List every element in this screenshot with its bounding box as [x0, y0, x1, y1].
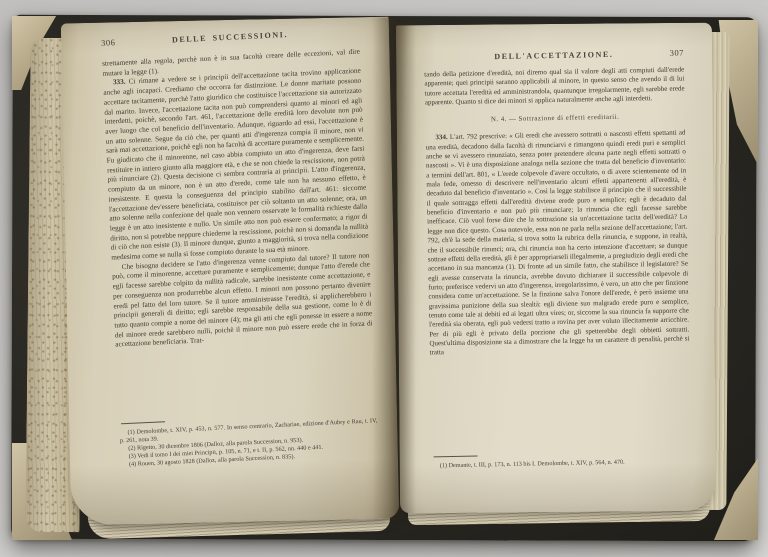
paragraph-text: Che bisogna decidere se l'atto d'ingeren…	[112, 251, 373, 349]
paragraph-continuation: tando della petizione d'eredità, noi dir…	[424, 66, 685, 108]
running-header-right: DELL'ACCETTAZIONE.	[454, 49, 654, 62]
photo-backdrop: 306 DELLE SUCCESSIONI. strettamente alla…	[0, 0, 768, 557]
paragraph-text: L'art. 792 prescrive: « Gli eredi che av…	[426, 129, 690, 357]
paragraph-number: 333.	[113, 78, 126, 87]
paragraph-tutore: Che bisogna decidere se l'atto d'ingeren…	[112, 251, 374, 350]
page-number-right: 307	[654, 48, 684, 59]
left-page-content: 306 DELLE SUCCESSIONI. strettamente alla…	[54, 13, 405, 530]
right-page-content: DELL'ACCETTAZIONE. 307 tando della petiz…	[393, 21, 718, 515]
paragraph-333: 333. Ci rimane a vedere se i principii d…	[103, 67, 369, 263]
footnotes-left: (1) Demolombe, t. XIV, p. 453, n. 577. I…	[119, 411, 379, 470]
paragraph-text: tando della petizione d'eredità, noi dir…	[424, 66, 684, 107]
left-page-body: strettamente alla regola, perchè non è i…	[102, 48, 373, 351]
left-page: 306 DELLE SUCCESSIONI. strettamente alla…	[61, 17, 399, 526]
paragraph-334: 334. L'art. 792 prescrive: « Gli eredi c…	[425, 129, 689, 358]
paragraph-text: Ci rimane a vedere se i principii dell'a…	[103, 67, 368, 262]
right-page: DELL'ACCETTAZIONE. 307 tando della petiz…	[396, 23, 716, 514]
header-spacer	[424, 62, 454, 63]
footnote-rule-right	[434, 456, 478, 458]
header-spacer	[329, 36, 359, 37]
footnote-item: (1) Demante, t. III, p. 173, n. 113 bis …	[432, 457, 692, 470]
right-page-header: DELL'ACCETTAZIONE. 307	[424, 48, 684, 63]
section-heading: N. 4. — Sottrazione di effetti ereditari…	[431, 113, 679, 125]
paragraph-number: 334.	[435, 133, 447, 141]
running-header-left: DELLE SUCCESSIONI.	[131, 28, 329, 46]
footnote-rule-left	[121, 421, 165, 424]
left-page-header: 306 DELLE SUCCESSIONI.	[101, 26, 359, 48]
footnotes-right: (1) Demante, t. III, p. 173, n. 113 bis …	[432, 451, 692, 470]
right-page-body: tando della petizione d'eredità, noi dir…	[424, 66, 689, 359]
page-number-left: 306	[101, 36, 131, 47]
